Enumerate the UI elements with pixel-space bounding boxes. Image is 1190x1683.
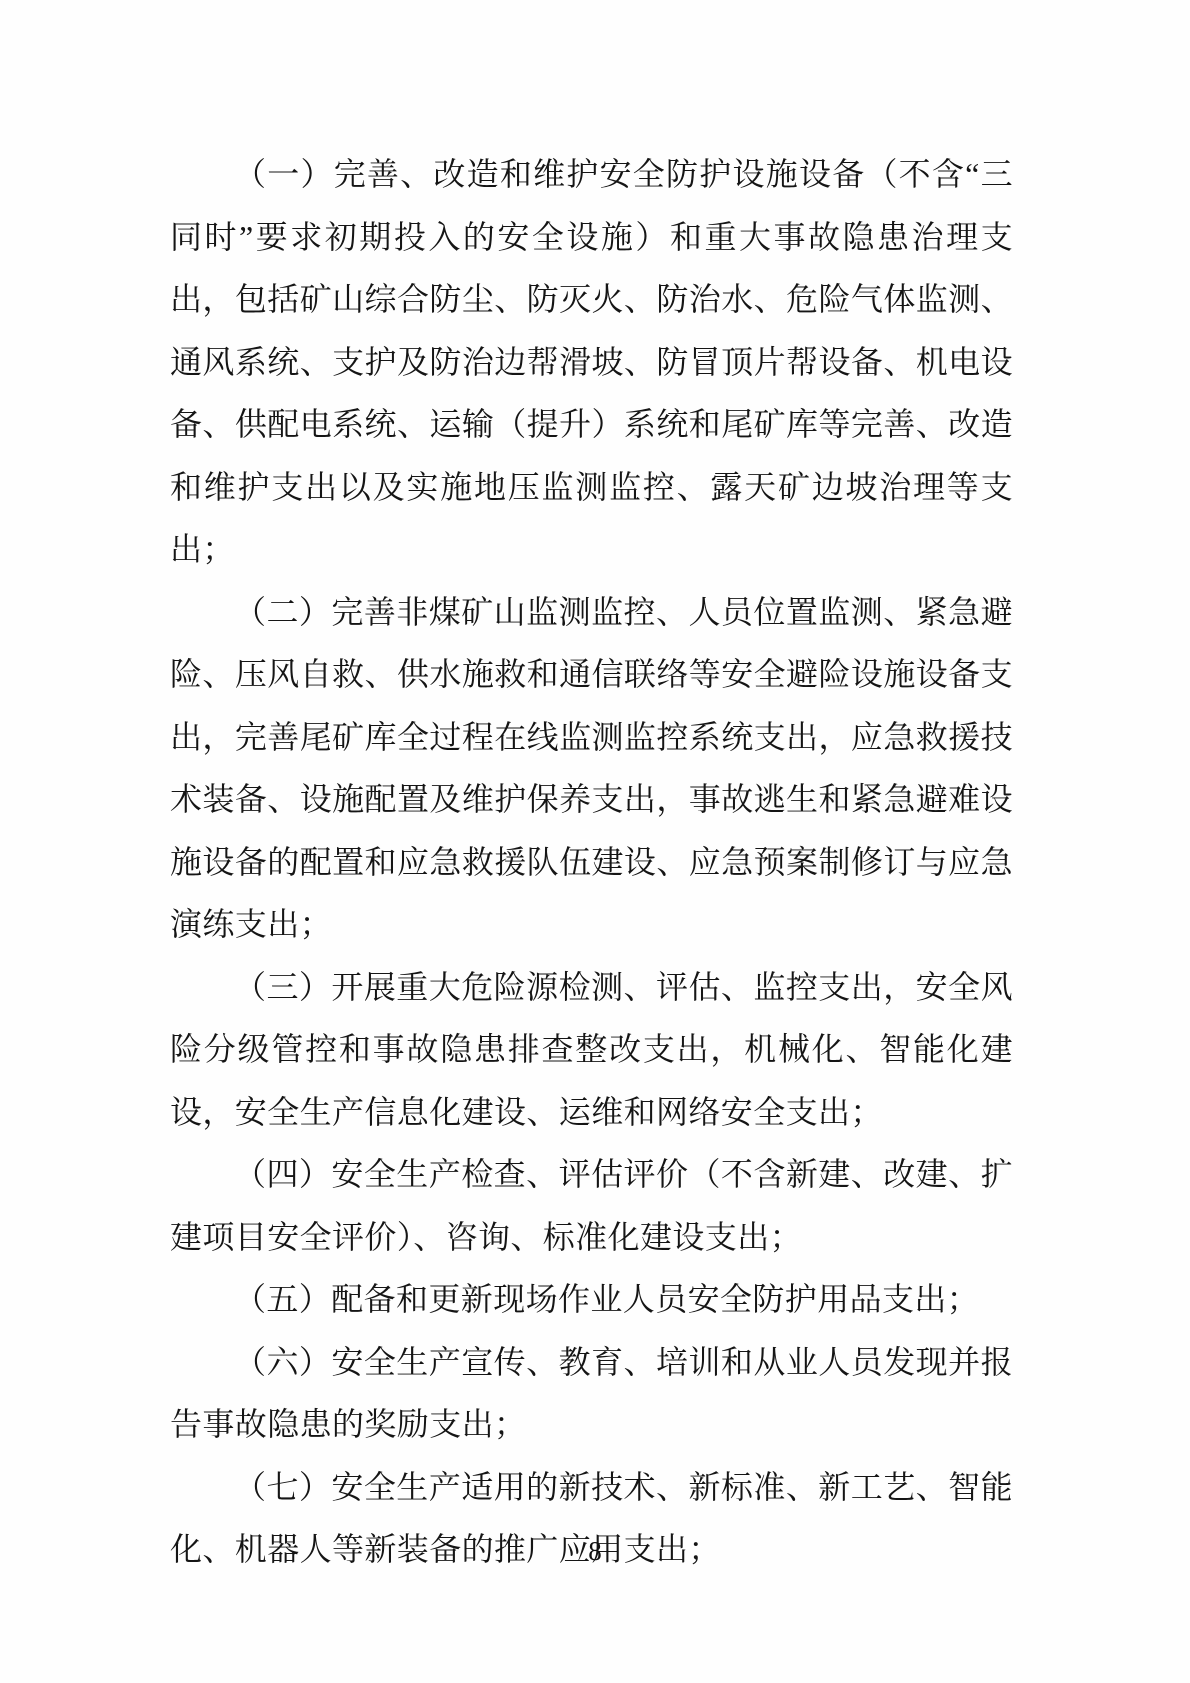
document-page: （一）完善、改造和维护安全防护设施设备（不含“三同时”要求初期投入的安全设施）和… xyxy=(0,0,1190,1683)
paragraph-clause-3: （三）开展重大危险源检测、评估、监控支出，安全风险分级管控和事故隐患排查整改支出… xyxy=(170,956,1013,1144)
page-footer: 8 xyxy=(0,1536,1190,1566)
paragraph-clause-1: （一）完善、改造和维护安全防护设施设备（不含“三同时”要求初期投入的安全设施）和… xyxy=(170,143,1013,581)
paragraph-clause-5: （五）配备和更新现场作业人员安全防护用品支出； xyxy=(170,1268,1013,1331)
paragraph-clause-4: （四）安全生产检查、评估评价（不含新建、改建、扩建项目安全评价）、咨询、标准化建… xyxy=(170,1143,1013,1268)
paragraph-clause-2: （二）完善非煤矿山监测监控、人员位置监测、紧急避险、压风自救、供水施救和通信联络… xyxy=(170,581,1013,956)
paragraph-clause-6: （六）安全生产宣传、教育、培训和从业人员发现并报告事故隐患的奖励支出； xyxy=(170,1331,1013,1456)
page-number: 8 xyxy=(588,1536,602,1566)
document-body: （一）完善、改造和维护安全防护设施设备（不含“三同时”要求初期投入的安全设施）和… xyxy=(170,143,1013,1581)
